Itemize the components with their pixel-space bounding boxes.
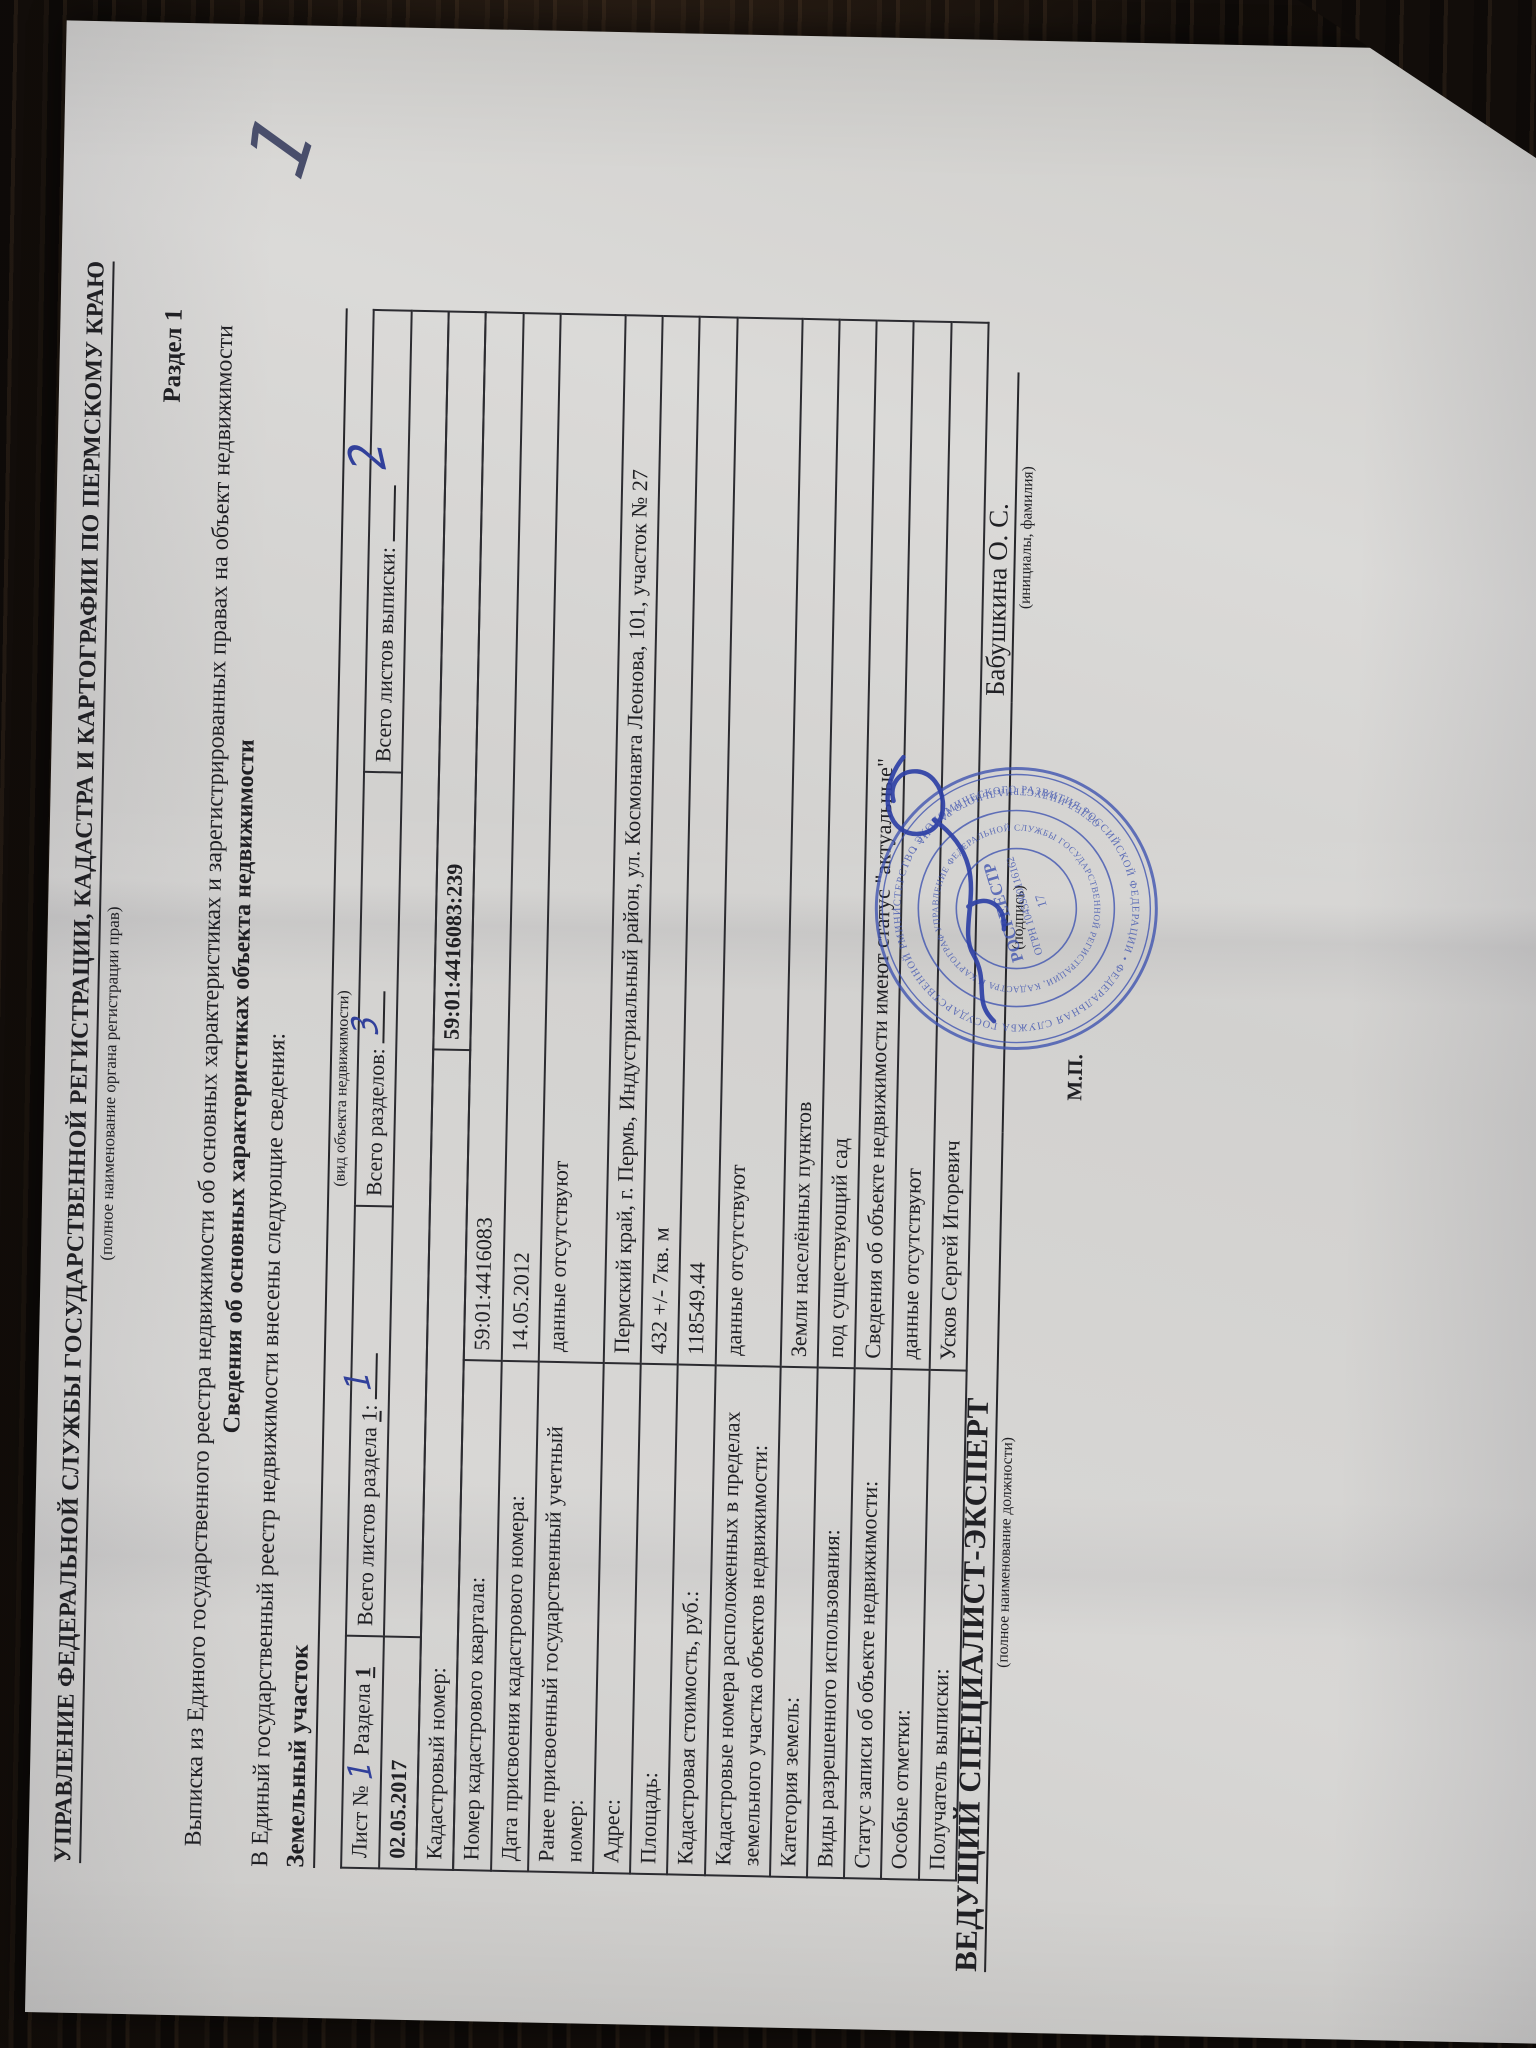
fill-in-blank: 1 xyxy=(355,1353,378,1399)
official-name-slot: Бабушкина О. С. (инициалы, фамилия) xyxy=(965,371,1040,702)
characteristics-table: Номер кадастрового квартала: 59:01:44160… xyxy=(453,311,990,1881)
section-label: Раздел 1 xyxy=(128,304,189,1864)
official-name: Бабушкина О. С. xyxy=(965,371,1020,702)
handwritten-extract-sheets: 2 xyxy=(334,440,400,471)
stamp-region-number: 17 xyxy=(1032,892,1050,909)
handwritten-signature-icon xyxy=(874,665,1032,1028)
sheet-number-cell: Лист № 1 Раздела 1 xyxy=(341,1636,384,1869)
total-sheets-label: Всего листов раздела xyxy=(352,1427,381,1626)
row-label: Ранее присвоенный государственный учетны… xyxy=(528,1362,604,1873)
total-extract-sheets-label: Всего листов выписки: xyxy=(370,547,400,763)
handwritten-total-sheets: 1 xyxy=(334,1370,382,1391)
photo-of-document: { "photo": { "corner_page_number": "1" }… xyxy=(0,0,1536,2048)
handwritten-page-number: 1 xyxy=(228,99,333,192)
object-type: Земельный участок xyxy=(282,1644,314,1868)
total-sections-label: Всего разделов: xyxy=(361,1048,389,1196)
sheet-label: Лист № xyxy=(346,1785,373,1858)
fill-in-blank: 3 xyxy=(362,990,385,1042)
handwritten-sheet-number: 1 xyxy=(359,1761,363,1780)
total-sheets-ref: 1 xyxy=(356,1410,381,1422)
handwritten-total-sections: 3 xyxy=(341,1014,389,1035)
stamp-place-mark: М.П. xyxy=(1062,1054,1088,1101)
colon: : xyxy=(357,1404,382,1411)
row-label: Кадастровые номера расположенных в преде… xyxy=(705,1365,781,1876)
paper-sheet: 1 УПРАВЛЕНИЕ ФЕДЕРАЛЬНОЙ СЛУЖБЫ ГОСУДАРС… xyxy=(25,20,1536,2043)
date-cell: 02.05.2017 xyxy=(379,1636,421,1869)
fill-in-blank xyxy=(373,485,396,541)
document-content: УПРАВЛЕНИЕ ФЕДЕРАЛЬНОЙ СЛУЖБЫ ГОСУДАРСТВ… xyxy=(50,303,989,1882)
razdel-number: 1 xyxy=(350,1667,375,1679)
razdel-label: Раздела xyxy=(348,1683,375,1756)
